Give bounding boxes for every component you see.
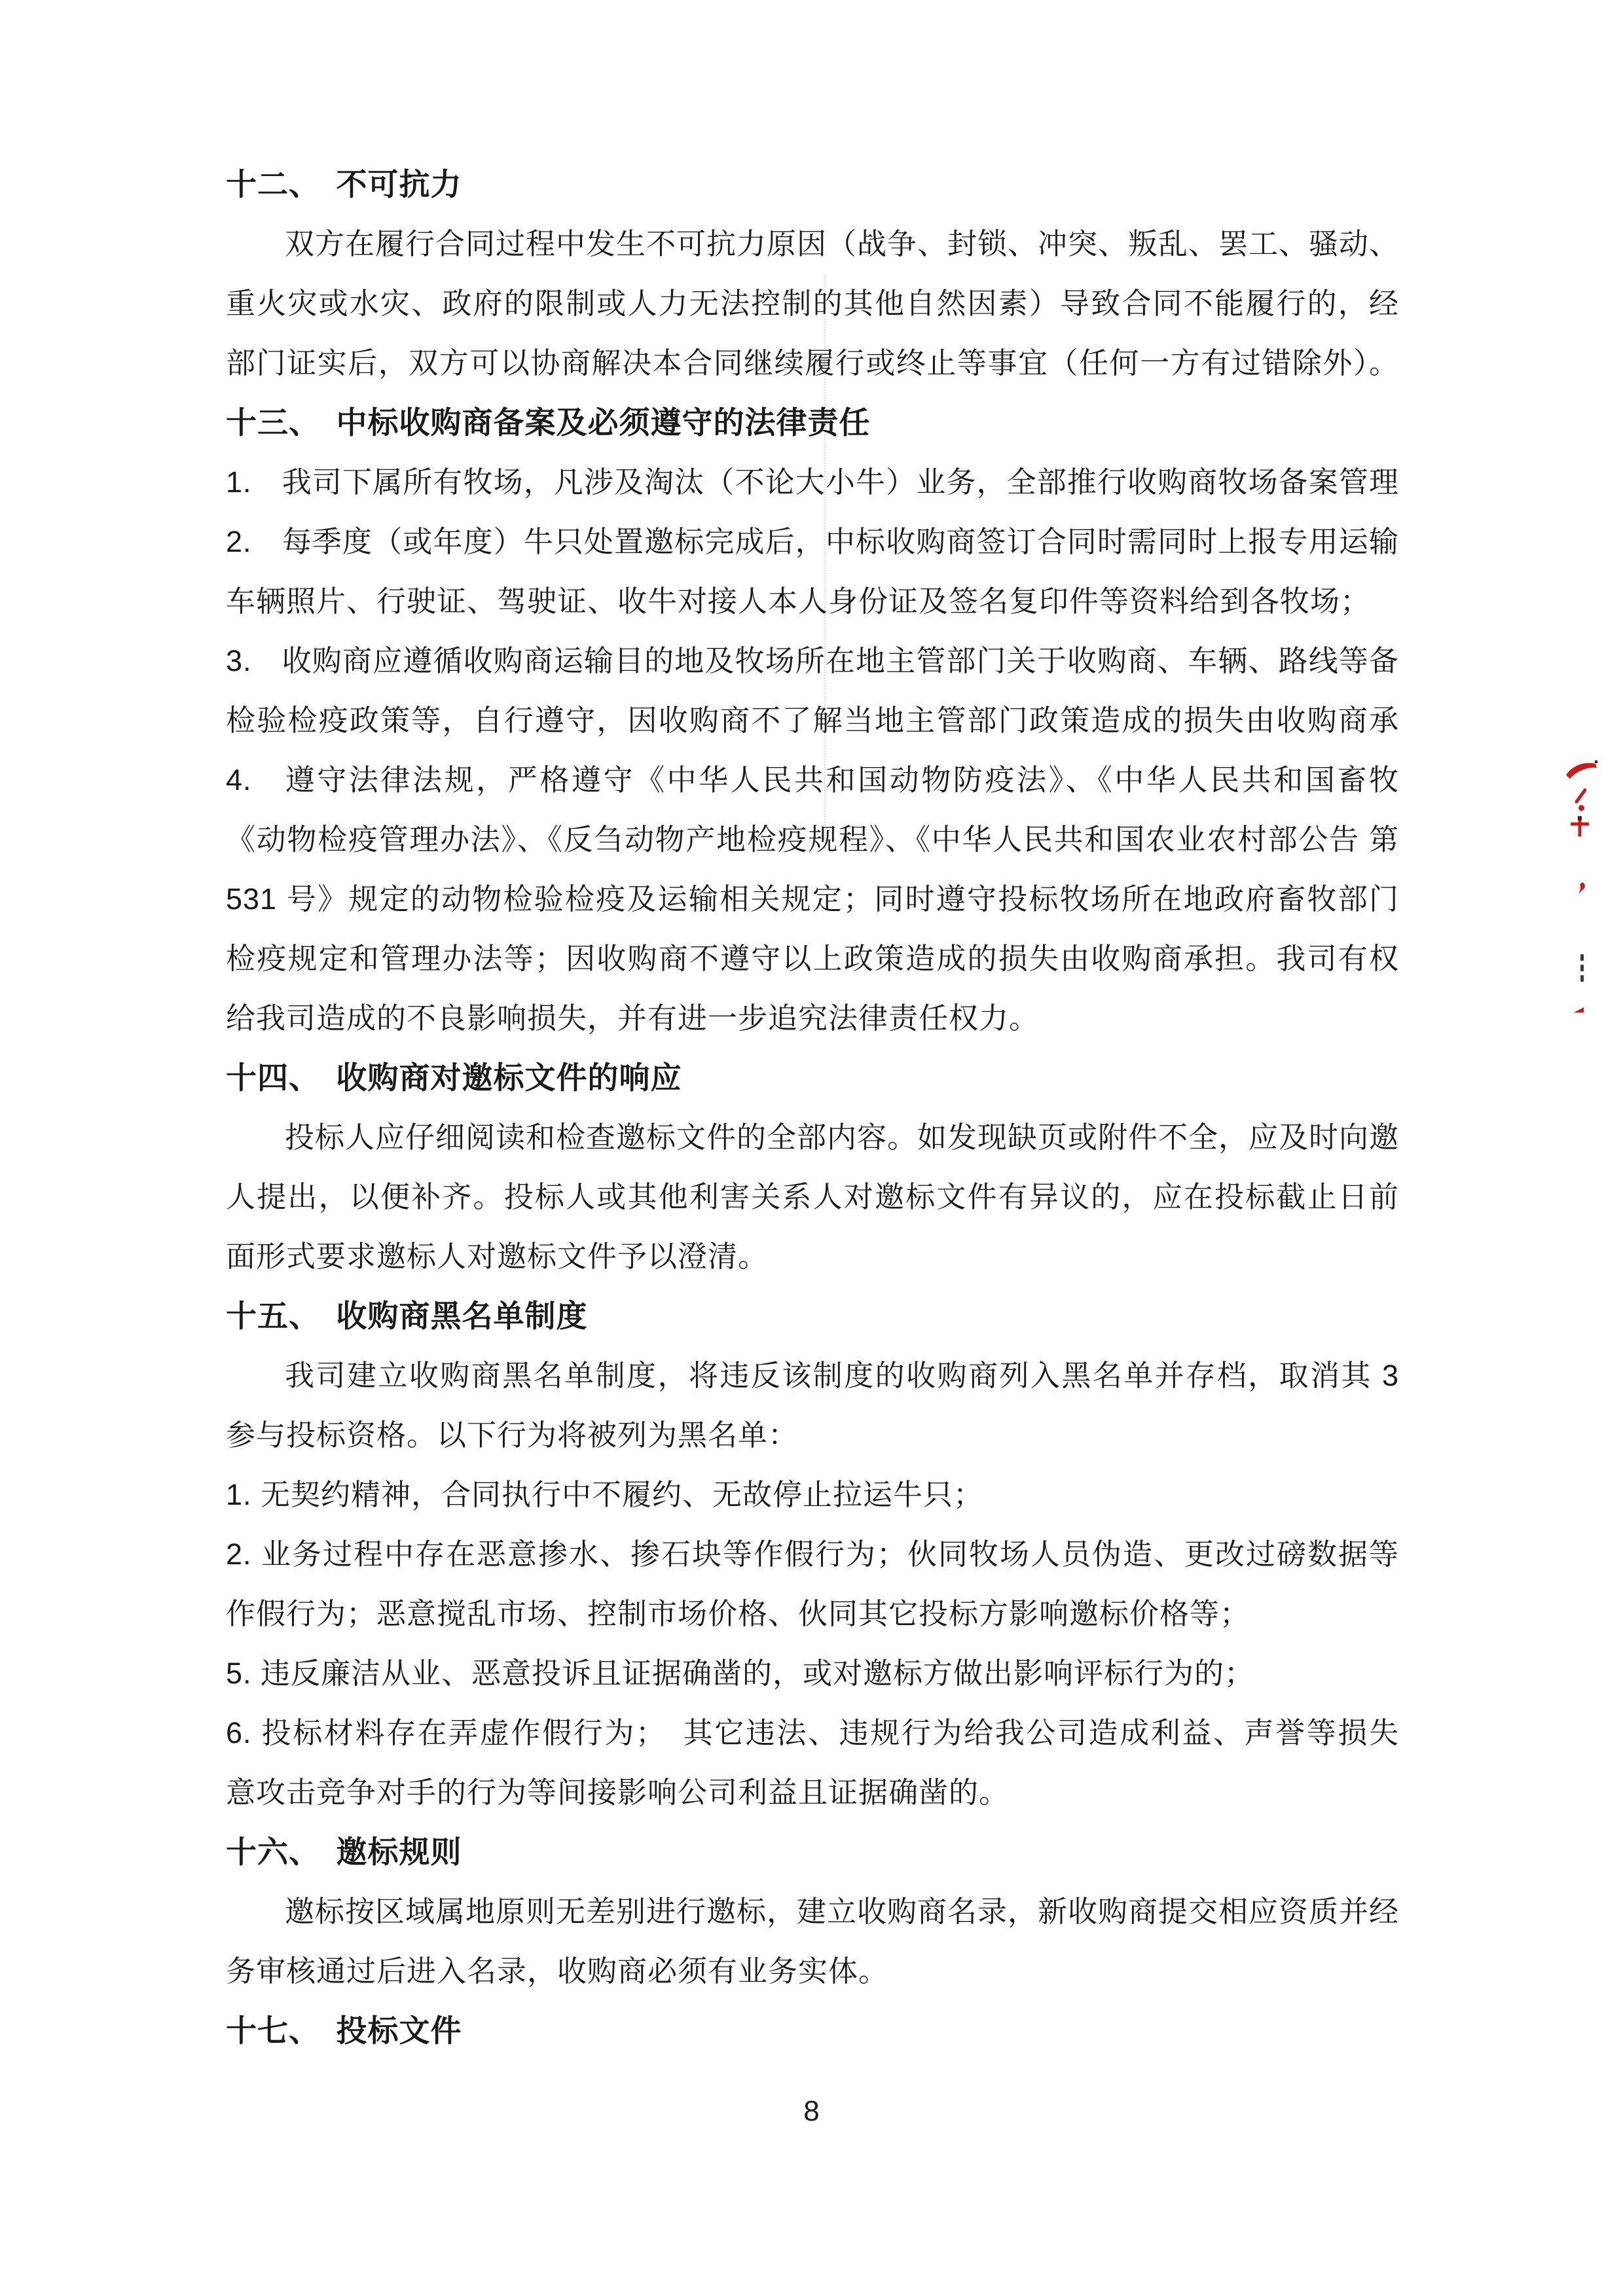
ink-dashes-mark bbox=[1580, 954, 1585, 984]
text-line: 作假行为；恶意搅乱市场、控制市场价格、伙同其它投标方影响邀标价格等； bbox=[226, 1584, 1399, 1643]
text-line: 意攻击竞争对手的行为等间接影响公司利益且证据确凿的。 bbox=[226, 1763, 1399, 1822]
text-line: 1. 无契约精神，合同执行中不履约、无故停止拉运牛只； bbox=[226, 1465, 1399, 1524]
document-body: 十二、 不可抗力双方在履行合同过程中发生不可抗力原因（战争、封锁、冲突、叛乱、罢… bbox=[226, 154, 1399, 2060]
text-line: 十四、 收购商对邀标文件的响应 bbox=[226, 1048, 1399, 1107]
text-line: 人提出，以便补齐。投标人或其他利害关系人对邀标文件有异议的，应在投标截止日前以书 bbox=[226, 1167, 1399, 1227]
red-pen-wedge-mark bbox=[1573, 1005, 1585, 1014]
text-line: 十六、 邀标规则 bbox=[226, 1822, 1399, 1882]
text-line: 检验检疫政策等，自行遵守，因收购商不了解当地主管部门政策造成的损失由收购商承担。 bbox=[226, 691, 1399, 750]
text-line: 重火灾或水灾、政府的限制或人力无法控制的其他自然因素）导致合同不能履行的，经有关 bbox=[226, 274, 1399, 333]
text-line: 1. 我司下属所有牧场，凡涉及淘汰（不论大小牛）业务，全部推行收购商牧场备案管理… bbox=[226, 452, 1399, 512]
text-line: 面形式要求邀标人对邀标文件予以澄清。 bbox=[226, 1227, 1399, 1286]
red-pen-dot-mark bbox=[1578, 805, 1584, 811]
text-line: 部门证实后，双方可以协商解决本合同继续履行或终止等事宜（任何一方有过错除外）。 bbox=[226, 333, 1399, 393]
text-line: 给我司造成的不良影响损失，并有进一步追究法律责任权力。 bbox=[226, 988, 1399, 1048]
text-line: 邀标按区域属地原则无差别进行邀标，建立收购商名录，新收购商提交相应资质并经法 bbox=[226, 1882, 1399, 1941]
text-line: 双方在履行合同过程中发生不可抗力原因（战争、封锁、冲突、叛乱、罢工、骚动、严 bbox=[226, 214, 1399, 274]
text-line: 十七、 投标文件 bbox=[226, 2001, 1399, 2060]
text-line: 检疫规定和管理办法等；因收购商不遵守以上政策造成的损失由收购商承担。我司有权追究 bbox=[226, 929, 1399, 988]
text-line: 参与投标资格。以下行为将被列为黑名单： bbox=[226, 1405, 1399, 1465]
text-line: 务审核通过后进入名录，收购商必须有业务实体。 bbox=[226, 1941, 1399, 2001]
red-pen-swoosh-mark bbox=[1563, 759, 1600, 783]
text-line: 十三、 中标收购商备案及必须遵守的法律责任 bbox=[226, 393, 1399, 452]
red-pen-cross-mark bbox=[1569, 816, 1591, 839]
text-line: 3. 收购商应遵循收购商运输目的地及牧场所在地主管部门关于收购商、车辆、路线等备… bbox=[226, 631, 1399, 691]
text-line: 投标人应仔细阅读和检查邀标文件的全部内容。如发现缺页或附件不全，应及时向邀标 bbox=[226, 1107, 1399, 1167]
text-line: 4. 遵守法律法规，严格遵守《中华人民共和国动物防疫法》、《中华人民共和国畜牧法… bbox=[226, 750, 1399, 810]
page-number: 8 bbox=[0, 2092, 1623, 2131]
text-line: 2. 每季度（或年度）牛只处置邀标完成后，中标收购商签订合同时需同时上报专用运输… bbox=[226, 512, 1399, 571]
text-line: 2. 业务过程中存在恶意掺水、掺石块等作假行为；伙同牧场人员伪造、更改过磅数据等… bbox=[226, 1524, 1399, 1584]
scanned-document-page: 十二、 不可抗力双方在履行合同过程中发生不可抗力原因（战争、封锁、冲突、叛乱、罢… bbox=[0, 0, 1623, 2296]
text-line: 5. 违反廉洁从业、恶意投诉且证据确凿的，或对邀标方做出影响评标行为的； bbox=[226, 1643, 1399, 1703]
text-line: 531 号》规定的动物检验检疫及运输相关规定；同时遵守投标牧场所在地政府畜牧部门… bbox=[226, 869, 1399, 929]
text-line: 十二、 不可抗力 bbox=[226, 154, 1399, 214]
red-pen-comma-mark bbox=[1577, 881, 1588, 895]
text-line: 十五、 收购商黑名单制度 bbox=[226, 1286, 1399, 1346]
text-line: 车辆照片、行驶证、驾驶证、收牛对接人本人身份证及签名复印件等资料给到各牧场； bbox=[226, 571, 1399, 631]
red-pen-slash-mark bbox=[1574, 787, 1588, 805]
text-line: 《动物检疫管理办法》、《反刍动物产地检疫规程》、《中华人民共和国农业农村部公告 … bbox=[226, 810, 1399, 869]
text-line: 我司建立收购商黑名单制度，将违反该制度的收购商列入黑名单并存档，取消其 3 年内 bbox=[226, 1346, 1399, 1405]
text-line: 6. 投标材料存在弄虚作假行为； 其它违法、违规行为给我公司造成利益、声誉等损失… bbox=[226, 1703, 1399, 1763]
